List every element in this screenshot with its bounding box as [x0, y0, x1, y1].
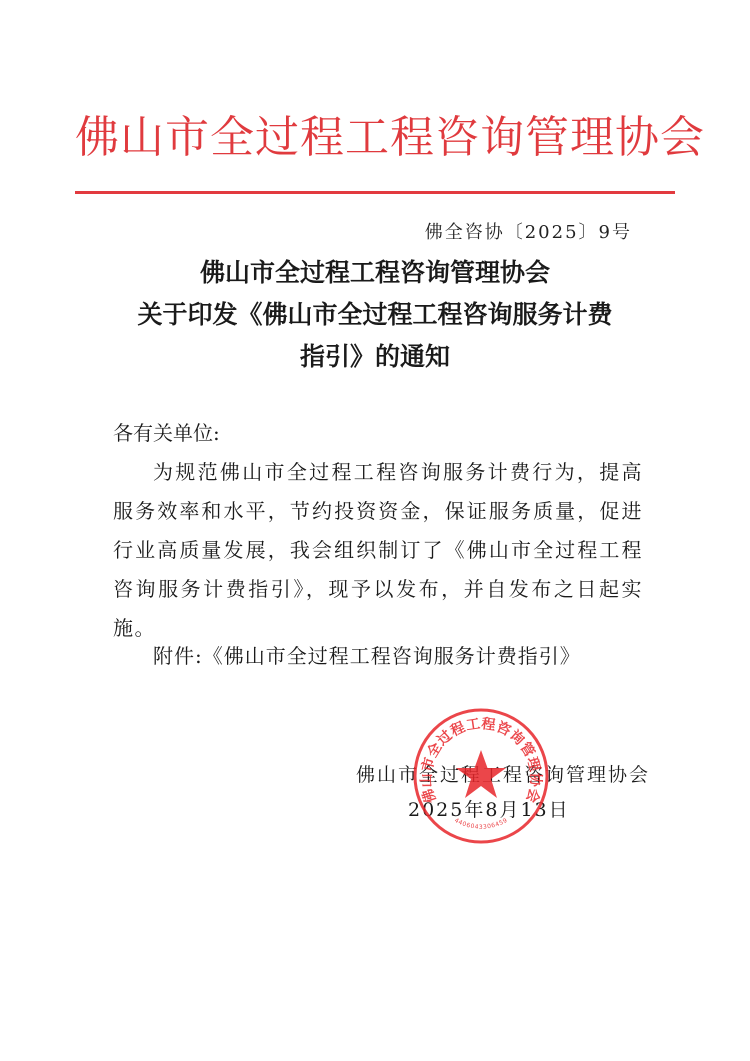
- attachment-line: 附件:《佛山市全过程工程咨询服务计费指引》: [153, 640, 581, 669]
- salutation: 各有关单位:: [113, 414, 643, 453]
- body-paragraph: 为规范佛山市全过程工程咨询服务计费行为，提高服务效率和水平，节约投资资金，保证服…: [113, 453, 643, 648]
- letterhead-red-rule: [75, 191, 675, 194]
- title-line-2: 关于印发《佛山市全过程工程咨询服务计费: [90, 294, 660, 336]
- title-line-3: 指引》的通知: [90, 336, 660, 378]
- letterhead-title: 佛山市全过程工程咨询管理协会: [75, 112, 675, 164]
- document-page: 佛山市全过程工程咨询管理协会 佛全咨协〔2025〕9号 佛山市全过程工程咨询管理…: [0, 0, 750, 1061]
- svg-text:4406043306459: 4406043306459: [453, 817, 509, 831]
- seal-code-text: 4406043306459: [453, 817, 509, 831]
- title-line-1: 佛山市全过程工程咨询管理协会: [90, 252, 660, 294]
- document-title: 佛山市全过程工程咨询管理协会 关于印发《佛山市全过程工程咨询服务计费 指引》的通…: [90, 252, 660, 378]
- document-body: 各有关单位: 为规范佛山市全过程工程咨询服务计费行为，提高服务效率和水平，节约投…: [113, 414, 643, 648]
- official-seal-icon: 佛山市全过程工程咨询管理协会 4406043306459: [411, 706, 551, 846]
- document-number: 佛全咨协〔2025〕9号: [425, 218, 632, 244]
